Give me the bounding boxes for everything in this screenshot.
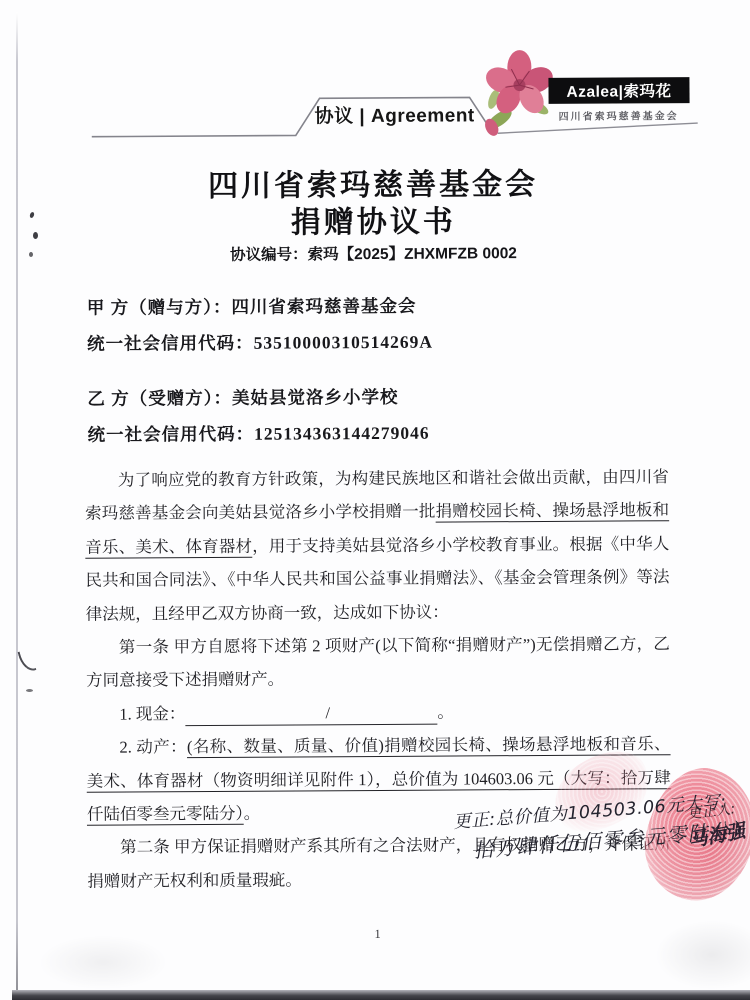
cash-label: 1. 现金：: [119, 704, 185, 723]
scanned-content: 协议 | Agreement Azalea|索玛花 四川省索玛慈善基金会 四川省…: [0, 0, 750, 1000]
scan-bottom-edge: [12, 990, 750, 1000]
scan-speck: [33, 232, 38, 239]
logo-wordmark: Azalea|索玛花: [548, 77, 689, 104]
cash-blank-field: /: [185, 699, 437, 726]
scan-speck: [26, 689, 33, 692]
movable-label: 2. 动产：: [119, 737, 187, 756]
document-page: 协议 | Agreement Azalea|索玛花 四川省索玛慈善基金会 四川省…: [0, 0, 750, 1000]
agreement-number: 协议编号：索玛【2025】ZHXMFZB 0002: [0, 240, 749, 267]
paragraph-preamble: 为了响应党的教育方针政策，为构建民族地区和谐社会做出贡献，由四川省索玛慈善基金会…: [85, 460, 670, 631]
line-item-cash: 1. 现金：/。: [86, 694, 670, 731]
party-a-credit-code: 统一社会信用代码：53510000310514269A: [87, 327, 687, 356]
cash-suffix: 。: [437, 702, 454, 721]
scan-speck: [29, 252, 33, 257]
party-a-line: 甲 方（赠与方）：四川省索玛慈善基金会: [87, 291, 687, 320]
logo-org-name: 四川省索玛慈善基金会: [544, 107, 694, 123]
party-b-line: 乙 方（受赠方）：美姑县觉洛乡小学校: [87, 382, 687, 411]
paragraph-article-1: 第一条 甲方自愿将下述第 2 项财产(以下简称“捐赠财产”)无偿捐赠乙方，乙方同…: [86, 627, 670, 697]
document-title-line2: 捐赠协议书: [0, 195, 748, 244]
scan-left-edge: [16, 12, 18, 1000]
movable-suffix: 。: [244, 804, 261, 823]
banner-title: 协议 | Agreement: [301, 100, 489, 128]
party-b-credit-code: 统一社会信用代码：125134363144279046: [88, 418, 688, 447]
page-number: 1: [3, 925, 750, 945]
